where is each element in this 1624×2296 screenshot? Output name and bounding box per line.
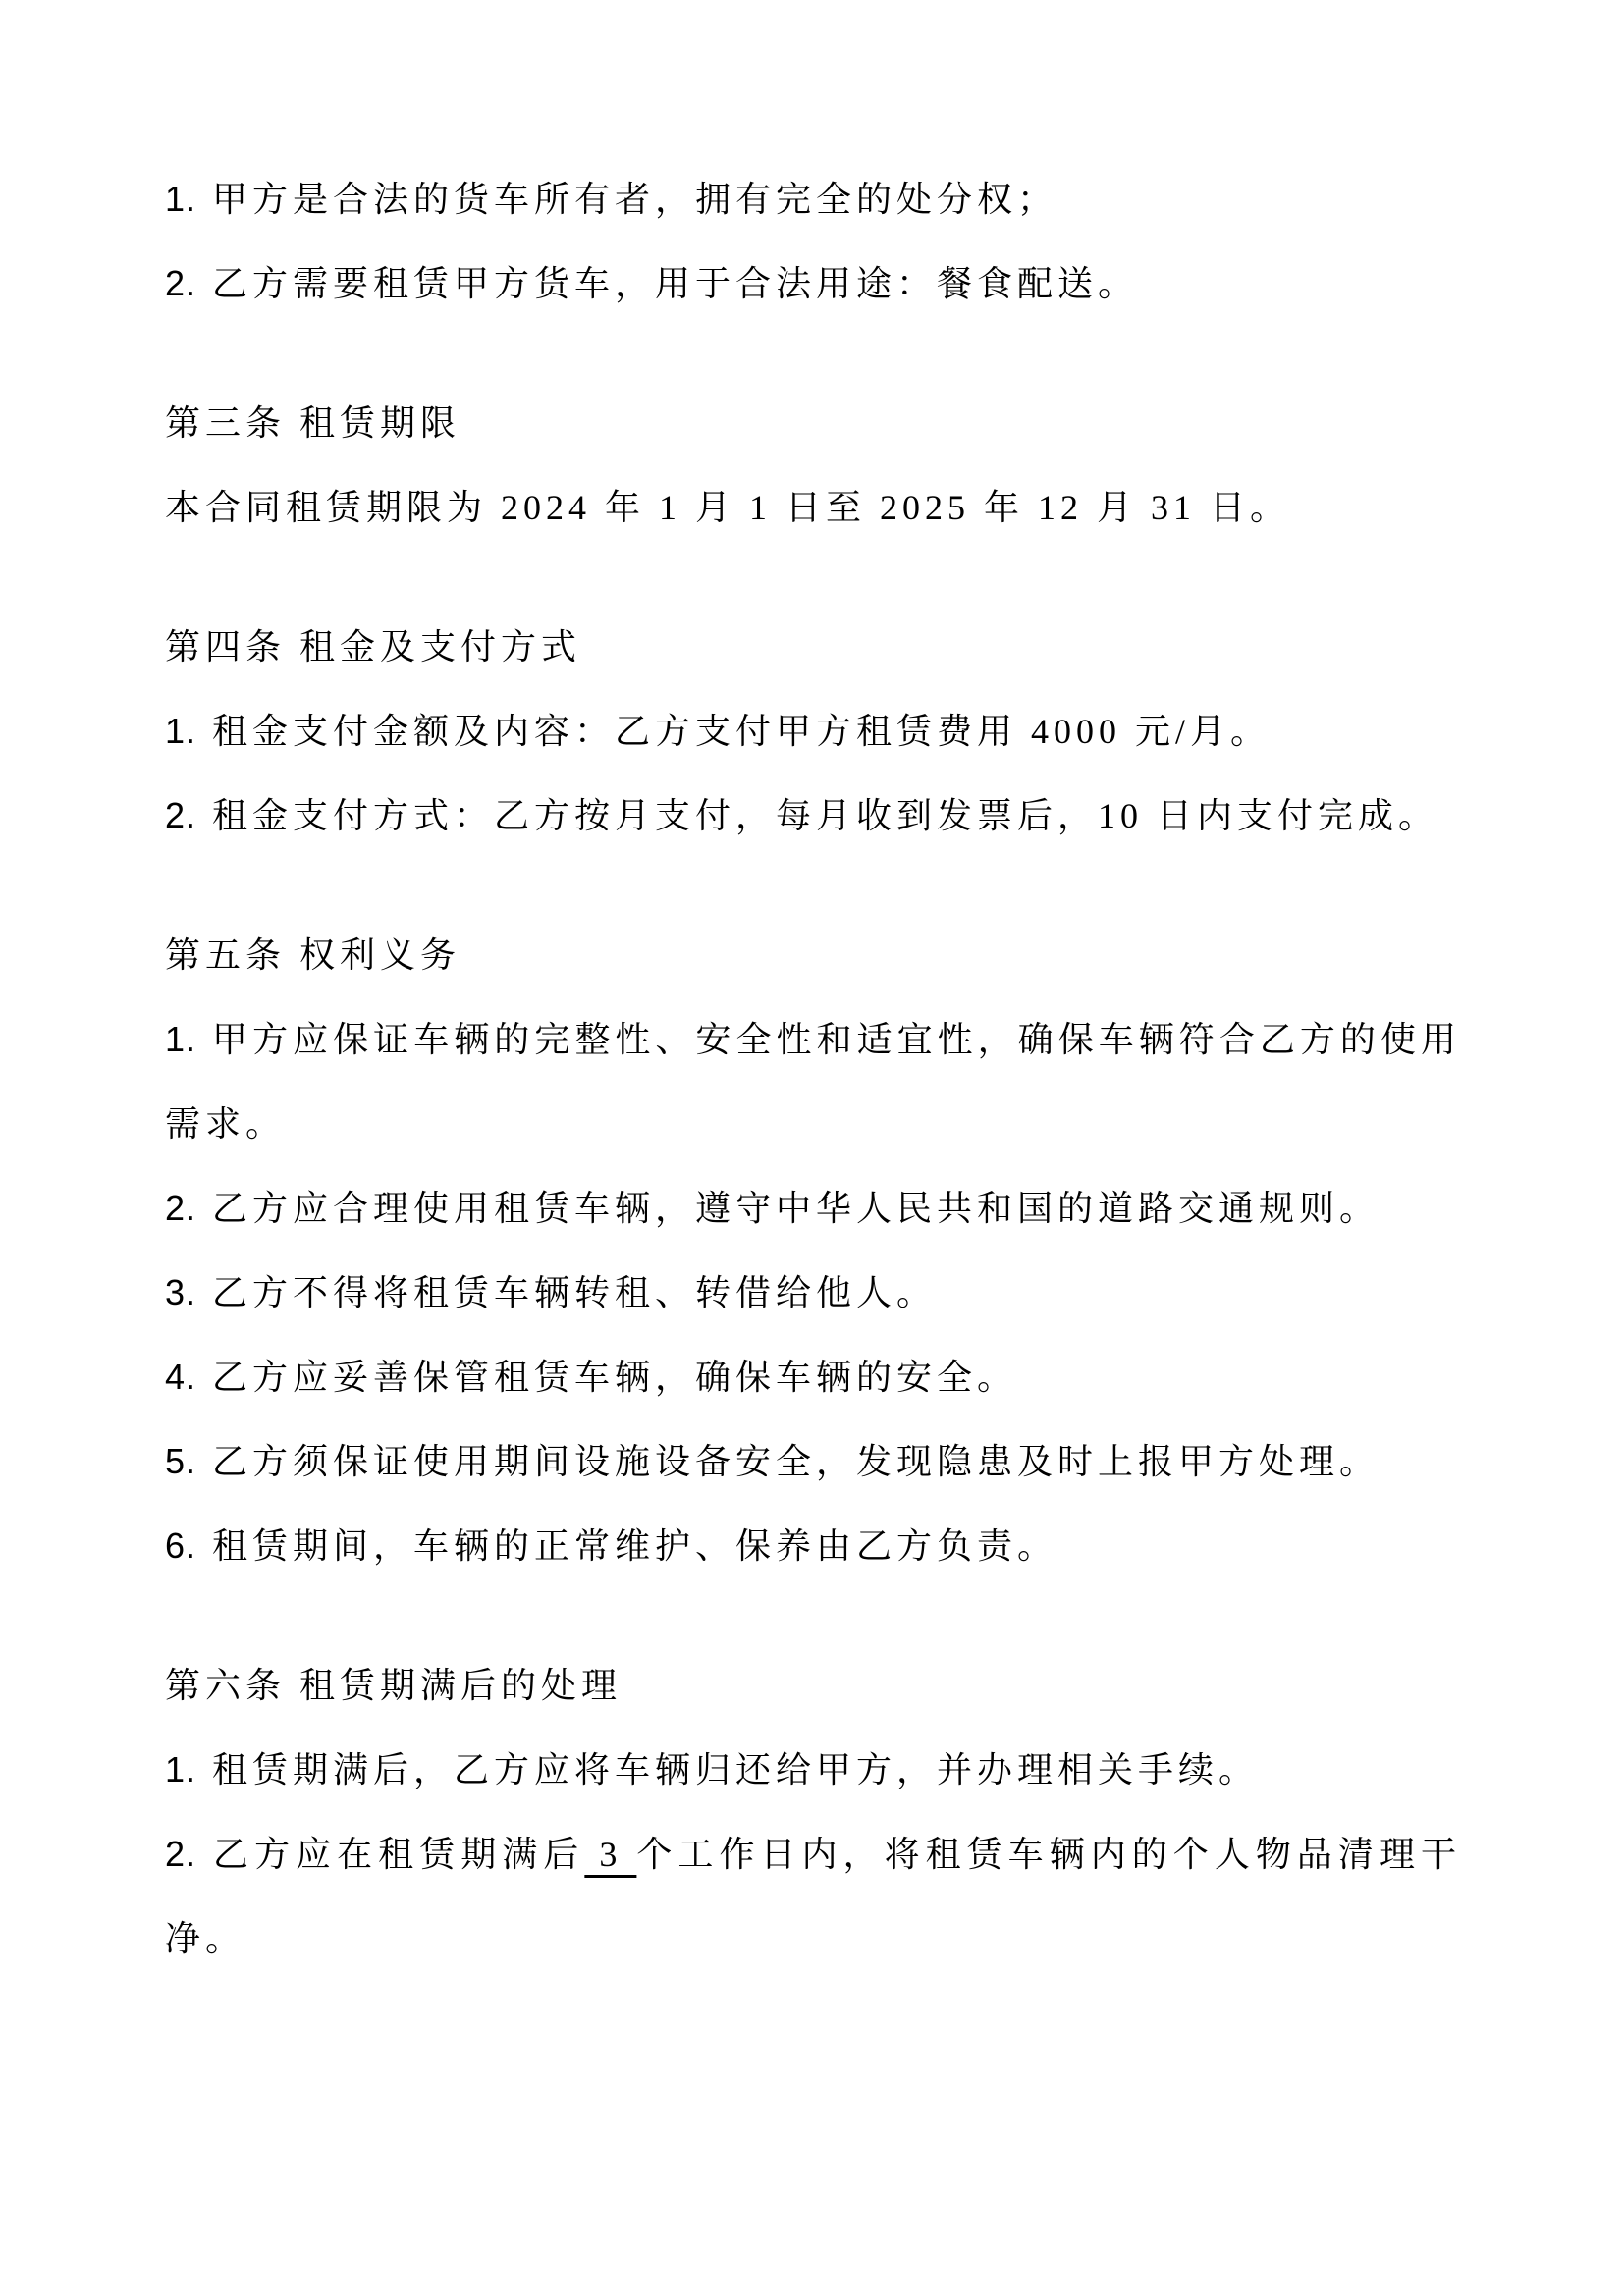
item-number: 1. [165, 179, 196, 219]
item-number: 1. [165, 1749, 196, 1789]
section3-heading: 第三条 租赁期限 [165, 381, 1461, 465]
section5-clause-1: 1.甲方应保证车辆的完整性、安全性和适宜性，确保车辆符合乙方的使用需求。 [165, 997, 1461, 1166]
section5-clause-2: 2.乙方应合理使用租赁车辆，遵守中华人民共和国的道路交通规则。 [165, 1166, 1461, 1251]
item-number: 2. [165, 263, 196, 303]
item-number: 2. [165, 1834, 196, 1874]
section3-body: 本合同租赁期限为 2024 年 1 月 1 日至 2025 年 12 月 31 … [165, 465, 1461, 550]
item-text: 乙方应在租赁期满后 [212, 1835, 584, 1874]
item-number: 3. [165, 1272, 196, 1312]
section5-heading: 第五条 权利义务 [165, 913, 1461, 997]
section5-clause-4: 4.乙方应妥善保管租赁车辆，确保车辆的安全。 [165, 1335, 1461, 1419]
item-text: 乙方须保证使用期间设施设备安全，发现隐患及时上报甲方处理。 [212, 1442, 1380, 1481]
section4-clause-1: 1.租金支付金额及内容：乙方支付甲方租赁费用 4000 元/月。 [165, 689, 1461, 774]
item-text: 租赁期满后，乙方应将车辆归还给甲方，并办理相关手续。 [212, 1750, 1259, 1789]
underlined-days-value: 3 [584, 1835, 636, 1874]
item-text: 租赁期间，车辆的正常维护、保养由乙方负责。 [212, 1526, 1057, 1566]
item-number: 5. [165, 1441, 196, 1481]
intro-clause-1: 1.甲方是合法的货车所有者，拥有完全的处分权； [165, 157, 1461, 241]
item-text: 乙方需要租赁甲方货车，用于合法用途：餐食配送。 [212, 264, 1138, 303]
item-number: 4. [165, 1357, 196, 1397]
section4-clause-2: 2.租金支付方式：乙方按月支付，每月收到发票后，10 日内支付完成。 [165, 774, 1461, 858]
section5-clause-6: 6.租赁期间，车辆的正常维护、保养由乙方负责。 [165, 1504, 1461, 1588]
contract-page: 1.甲方是合法的货车所有者，拥有完全的处分权； 2.乙方需要租赁甲方货车，用于合… [0, 0, 1624, 2296]
item-text: 租金支付方式：乙方按月支付，每月收到发票后，10 日内支付完成。 [212, 796, 1438, 835]
section6-heading: 第六条 租赁期满后的处理 [165, 1643, 1461, 1728]
section6-clause-2: 2.乙方应在租赁期满后 3 个工作日内，将租赁车辆内的个人物品清理干净。 [165, 1812, 1461, 1981]
section4-heading: 第四条 租金及支付方式 [165, 605, 1461, 689]
section5-clause-3: 3.乙方不得将租赁车辆转租、转借给他人。 [165, 1251, 1461, 1335]
item-text: 甲方应保证车辆的完整性、安全性和适宜性，确保车辆符合乙方的使用需求。 [165, 1020, 1461, 1144]
intro-clause-2: 2.乙方需要租赁甲方货车，用于合法用途：餐食配送。 [165, 241, 1461, 326]
item-text: 乙方应合理使用租赁车辆，遵守中华人民共和国的道路交通规则。 [212, 1189, 1380, 1228]
item-number: 1. [165, 711, 196, 751]
item-number: 2. [165, 1188, 196, 1228]
item-text: 乙方不得将租赁车辆转租、转借给他人。 [212, 1273, 937, 1312]
section6-clause-1: 1.租赁期满后，乙方应将车辆归还给甲方，并办理相关手续。 [165, 1728, 1461, 1812]
item-number: 1. [165, 1019, 196, 1059]
item-text: 租金支付金额及内容：乙方支付甲方租赁费用 4000 元/月。 [212, 712, 1271, 751]
item-text: 乙方应妥善保管租赁车辆，确保车辆的安全。 [212, 1358, 1017, 1397]
section5-clause-5: 5.乙方须保证使用期间设施设备安全，发现隐患及时上报甲方处理。 [165, 1419, 1461, 1504]
item-number: 2. [165, 795, 196, 835]
item-number: 6. [165, 1525, 196, 1566]
item-text: 甲方是合法的货车所有者，拥有完全的处分权； [212, 180, 1057, 219]
